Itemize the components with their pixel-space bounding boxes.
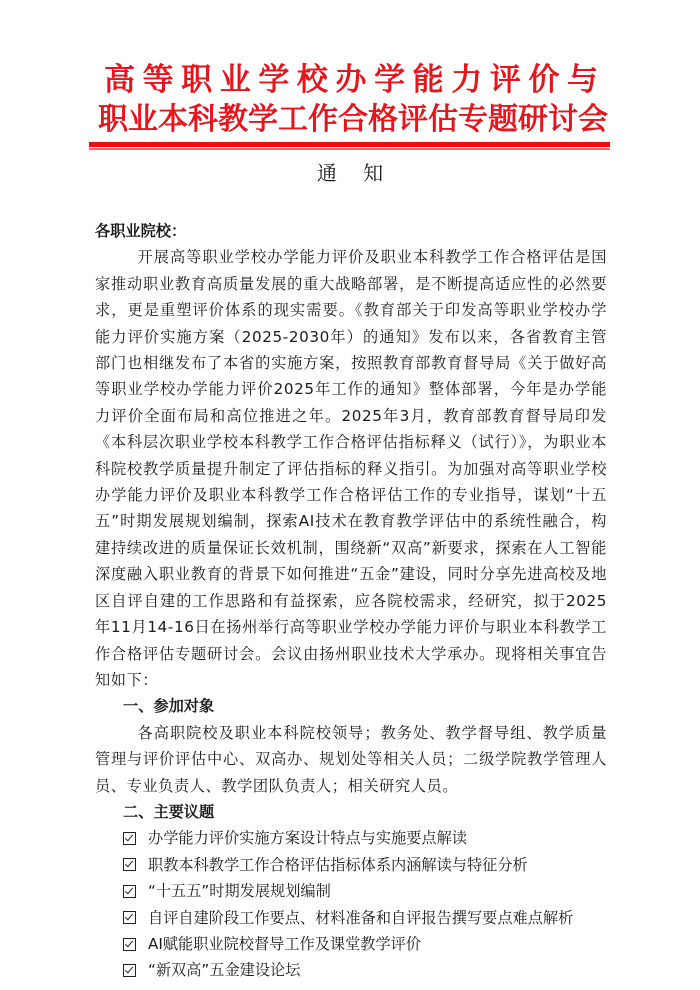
section-heading-topics: 二、主要议题 <box>95 799 607 825</box>
topic-label: “新双高”五金建设论坛 <box>148 957 300 983</box>
topic-item: 办学能力评价实施方案设计特点与实施要点解读 <box>123 825 607 851</box>
letter-body: 各职业院校： 开展高等职业学校办学能力评价及职业本科教学工作合格评估是国家推动职… <box>95 218 607 984</box>
topic-label: 自评自建阶段工作要点、材料准备和自评报告撰写要点难点解析 <box>148 905 573 931</box>
red-header-rule-thick <box>89 142 610 147</box>
checkbox-checked-icon <box>123 964 136 977</box>
document-title-line-1: 高等职业学校办学能力评价与 <box>90 62 610 98</box>
document-title-line-2: 职业本科教学工作合格评估专题研讨会 <box>90 102 610 138</box>
topic-item: AI赋能职业院校督导工作及课堂教学评价 <box>123 931 607 957</box>
checkbox-checked-icon <box>123 938 136 951</box>
checkbox-checked-icon <box>123 858 136 871</box>
intro-paragraph: 开展高等职业学校办学能力评价及职业本科教学工作合格评估是国家推动职业教育高质量发… <box>95 244 607 693</box>
notice-heading: 通 知 <box>0 160 700 186</box>
red-header-rule-thin <box>89 148 610 150</box>
salutation: 各职业院校： <box>95 218 607 244</box>
topic-item: “新双高”五金建设论坛 <box>123 957 607 983</box>
topic-label: 办学能力评价实施方案设计特点与实施要点解读 <box>148 825 467 851</box>
topic-label: 职教本科教学工作合格评估指标体系内涵解读与特征分析 <box>148 852 528 878</box>
checkbox-checked-icon <box>123 832 136 845</box>
topic-label: AI赋能职业院校督导工作及课堂教学评价 <box>148 931 421 957</box>
checkbox-checked-icon <box>123 911 136 924</box>
participants-paragraph: 各高职院校及职业本科院校领导；教务处、教学督导组、教学质量管理与评价评估中心、双… <box>95 720 607 799</box>
topic-list: 办学能力评价实施方案设计特点与实施要点解读 职教本科教学工作合格评估指标体系内涵… <box>95 825 607 983</box>
notice-document: 高等职业学校办学能力评价与 职业本科教学工作合格评估专题研讨会 通 知 各职业院… <box>0 0 700 990</box>
section-heading-participants: 一、参加对象 <box>95 693 607 719</box>
topic-item: “十五五”时期发展规划编制 <box>123 878 607 904</box>
checkbox-checked-icon <box>123 885 136 898</box>
topic-label: “十五五”时期发展规划编制 <box>148 878 331 904</box>
topic-item: 职教本科教学工作合格评估指标体系内涵解读与特征分析 <box>123 852 607 878</box>
topic-item: 自评自建阶段工作要点、材料准备和自评报告撰写要点难点解析 <box>123 905 607 931</box>
